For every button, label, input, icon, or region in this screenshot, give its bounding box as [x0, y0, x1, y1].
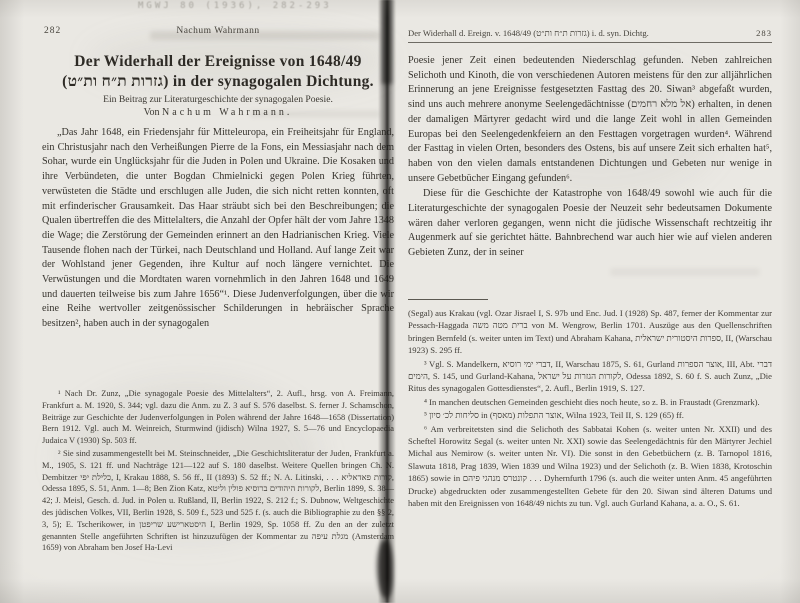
footnote-4: ⁴ In manchen deutschen Gemeinden geschie… [408, 396, 772, 408]
footnote-1: ¹ Nach Dr. Zunz, „Die synagogale Poesie … [42, 388, 394, 447]
article-subtitle: Ein Beitrag zur Literaturgeschichte der … [42, 94, 394, 105]
left-page-number: 282 [44, 26, 61, 36]
scanned-book-spread: MGWJ 80 (1936), 282-293 282 Nachum Wahrm… [0, 0, 800, 603]
right-page-header: Der Widerhall d. Ereign. v. 1648/49 (גזר… [408, 28, 772, 43]
journal-annotation: MGWJ 80 (1936), 282-293 [138, 1, 478, 11]
left-footnotes: ¹ Nach Dr. Zunz, „Die synagogale Poesie … [42, 388, 394, 555]
right-running-head: Der Widerhall d. Ereign. v. 1648/49 (גזר… [408, 28, 649, 38]
right-page-number: 283 [748, 28, 772, 38]
article-title-line1: Der Widerhall der Ereignisse von 1648/49 [42, 52, 394, 72]
article-title-block: Der Widerhall der Ereignisse von 1648/49… [42, 52, 394, 118]
left-body-paragraph: „Das Jahr 1648, ein Friedensjahr für Mit… [42, 126, 394, 332]
footnote-6: ⁶ Am verbreitetsten sind die Selichoth d… [408, 423, 772, 510]
right-body-text: Poesie jener Zeit einen bedeutenden Nied… [408, 54, 772, 261]
byline-author: Nachum Wahrmann. [162, 107, 292, 118]
footnote-2-continuation: (Segal) aus Krakau (vgl. Ozar Jisrael I,… [408, 307, 772, 357]
right-body-paragraph-2: Diese für die Geschichte der Katastrophe… [408, 187, 772, 261]
byline-prefix: Von [144, 107, 162, 118]
article-byline: Von Nachum Wahrmann. [42, 107, 394, 118]
left-body-text: „Das Jahr 1648, ein Friedensjahr für Mit… [42, 126, 394, 332]
left-page: 282 Nachum Wahrmann Der Widerhall der Er… [42, 26, 394, 592]
article-title-line2: (גזרות ת״ח ות״ט) in der synagogalen Dich… [42, 72, 394, 92]
right-body-paragraph-1: Poesie jener Zeit einen bedeutenden Nied… [408, 54, 772, 186]
footnote-2: ² Sie sind zusammengestellt bei M. Stein… [42, 448, 394, 554]
footnote-separator-rule [408, 299, 488, 300]
left-running-head: Nachum Wahrmann [42, 26, 394, 36]
right-page: Der Widerhall d. Ereign. v. 1648/49 (גזר… [408, 26, 772, 596]
right-footnotes: (Segal) aus Krakau (vgl. Ozar Jisrael I,… [408, 307, 772, 511]
footnote-5: ⁵ סליחות לכ׳ סיון in אוצר התפלות (מאסף),… [408, 409, 772, 421]
footnote-3: ³ Vgl. S. Mandelkern, דברי ימי רוסיא, II… [408, 358, 772, 395]
left-page-header: 282 Nachum Wahrmann [42, 26, 394, 36]
